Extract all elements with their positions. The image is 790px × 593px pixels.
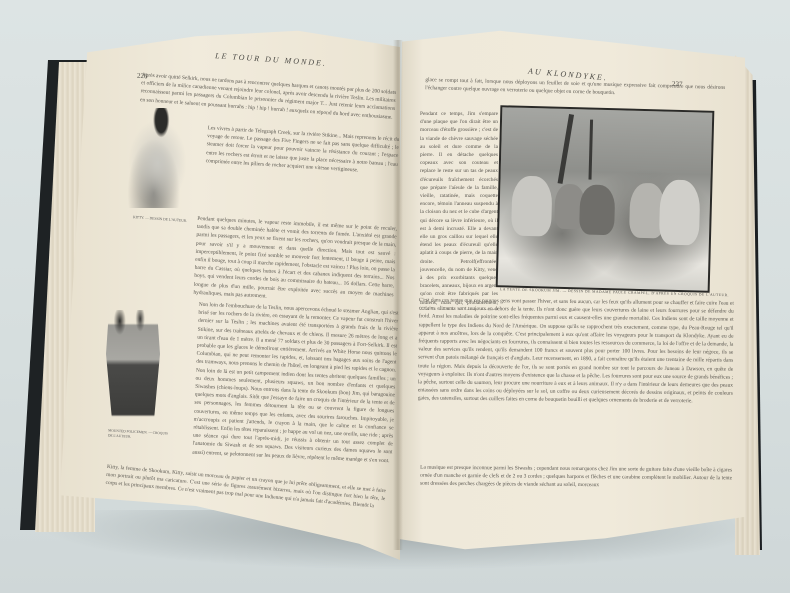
tent-pole — [589, 120, 594, 180]
tent-pole — [558, 114, 574, 184]
sketch-kitty-illustration — [120, 108, 195, 208]
right-text-bottom: La musique est presque inconnue parmi le… — [420, 464, 732, 512]
sketch-policemen-illustration — [103, 310, 163, 420]
left-text-lower: Non loin de l'embouchure de la Teslin, n… — [191, 301, 398, 485]
right-text-side: Pendant ce temps, Jim s'empare d'une pla… — [420, 110, 498, 310]
tent-interior-plate-illustration — [496, 105, 715, 293]
seated-figure — [659, 179, 701, 245]
seated-figure — [579, 184, 615, 235]
left-text-middle: Pendant quelques minutes, le vapeur rest… — [193, 215, 397, 315]
right-text-main: C'est dans ces tentes que ces pauvres ge… — [417, 296, 734, 469]
left-text-side: Les vivres à partir de Telegraph Creek, … — [202, 124, 399, 226]
seated-figure — [511, 176, 553, 237]
